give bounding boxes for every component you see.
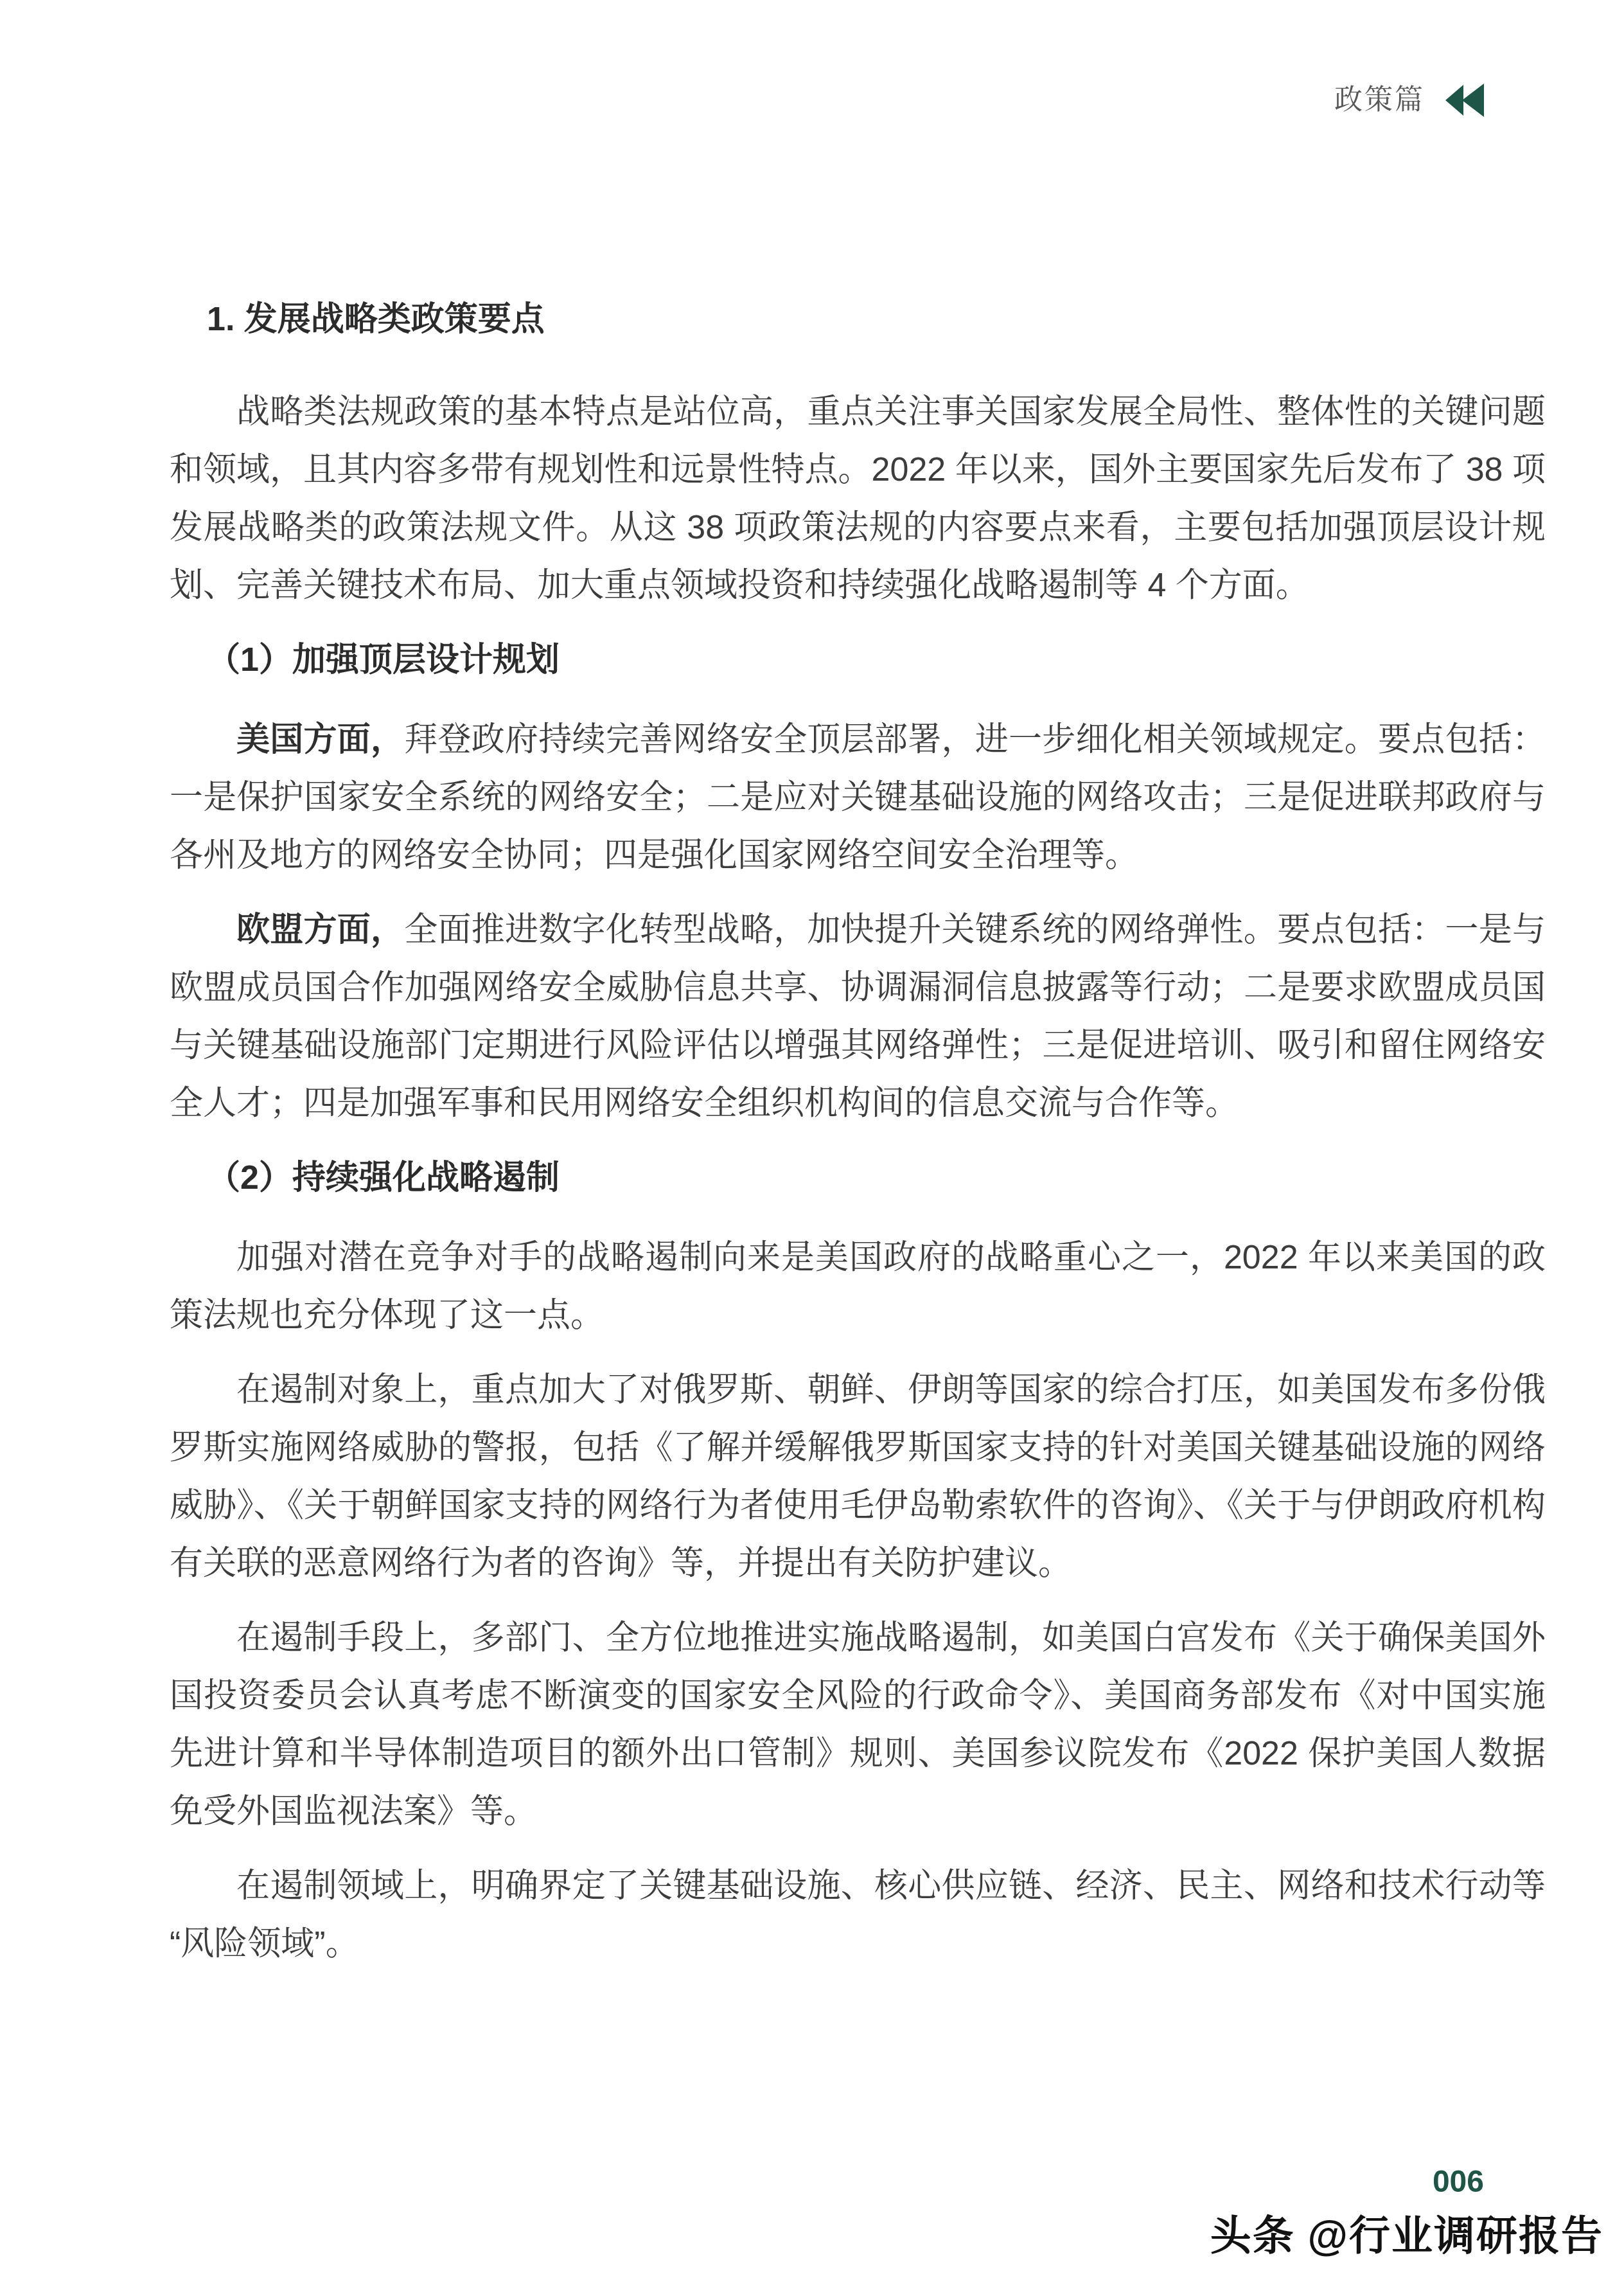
paragraph: 在遏制对象上，重点加大了对俄罗斯、朝鲜、伊朗等国家的综合打压，如美国发布多份俄罗… [170, 1361, 1546, 1592]
section-heading: 1. 发展战略类政策要点 [170, 290, 1546, 348]
page-number: 006 [1433, 2167, 1484, 2198]
document-content: 1. 发展战略类政策要点 战略类法规政策的基本特点是站位高，重点关注事关国家发展… [170, 290, 1546, 1989]
paragraph: 战略类法规政策的基本特点是站位高，重点关注事关国家发展全局性、整体性的关键问题和… [170, 383, 1546, 614]
paragraph-text: 战略类法规政策的基本特点是站位高，重点关注事关国家发展全局性、整体性的关键问题和… [170, 393, 1546, 604]
paragraph: 在遏制手段上，多部门、全方位地推进实施战略遏制，如美国白宫发布《关于确保美国外国… [170, 1609, 1546, 1840]
section-tab-label: 政策篇 [1334, 86, 1425, 114]
paragraph-text: 加强对潜在竞争对手的战略遏制向来是美国政府的战略重心之一，2022 年以来美国的… [170, 1239, 1546, 1334]
paragraph-lead: 美国方面， [236, 721, 404, 758]
paragraph-text: 在遏制手段上，多部门、全方位地推进实施战略遏制，如美国白宫发布《关于确保美国外国… [170, 1619, 1546, 1830]
rewind-icon [1443, 82, 1487, 118]
paragraph: 在遏制领域上，明确界定了关键基础设施、核心供应链、经济、民主、网络和技术行动等“… [170, 1857, 1546, 1973]
paragraph-text: 在遏制对象上，重点加大了对俄罗斯、朝鲜、伊朗等国家的综合打压，如美国发布多份俄罗… [170, 1371, 1546, 1582]
watermark-text: 头条 @行业调研报告 [1210, 2209, 1603, 2263]
subsection-heading: （1）加强顶层设计规划 [170, 631, 1546, 689]
paragraph-lead: 欧盟方面， [236, 911, 404, 948]
paragraph-text: 在遏制领域上，明确界定了关键基础设施、核心供应链、经济、民主、网络和技术行动等“… [170, 1867, 1546, 1962]
paragraph: 欧盟方面，全面推进数字化转型战略，加快提升关键系统的网络弹性。要点包括：一是与欧… [170, 901, 1546, 1132]
page-header: 政策篇 [1334, 82, 1487, 118]
paragraph: 加强对潜在竞争对手的战略遏制向来是美国政府的战略重心之一，2022 年以来美国的… [170, 1229, 1546, 1344]
subsection-heading: （2）持续强化战略遏制 [170, 1149, 1546, 1207]
paragraph: 美国方面，拜登政府持续完善网络安全顶层部署，进一步细化相关领域规定。要点包括：一… [170, 711, 1546, 884]
